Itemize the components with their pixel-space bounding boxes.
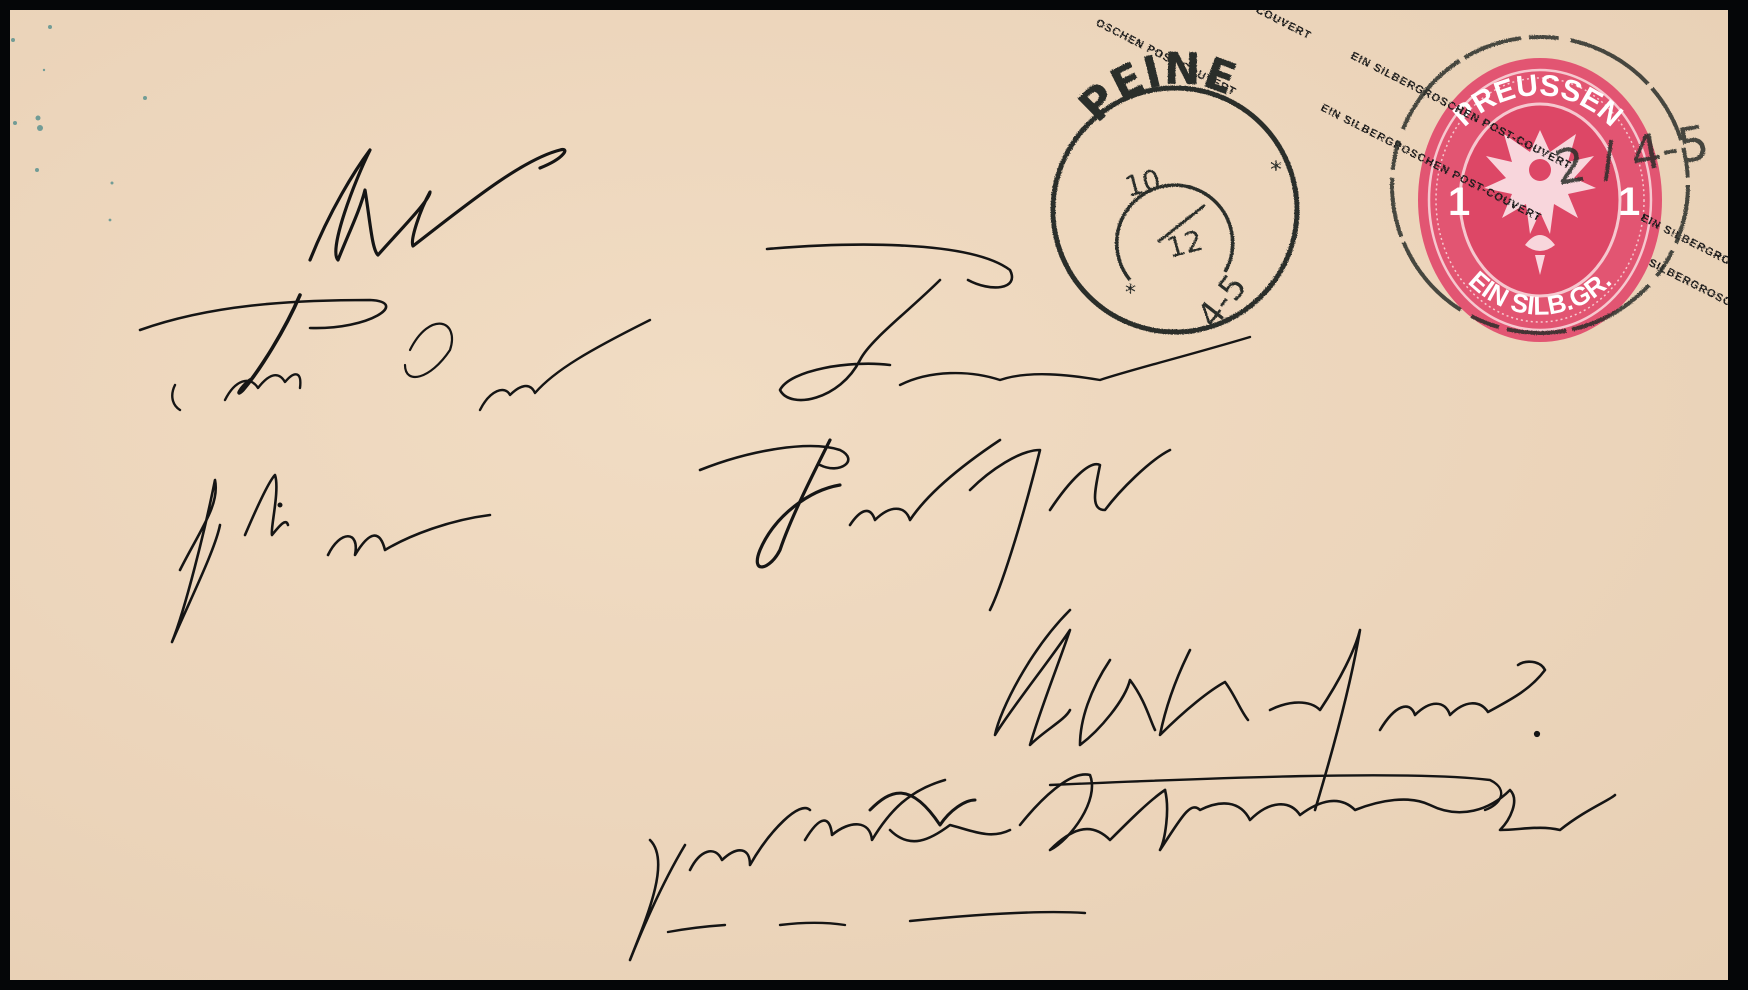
svg-text:1: 1 [1618, 180, 1640, 224]
svg-text:4-5: 4-5 [1190, 267, 1256, 335]
svg-text:SILBERGROSCH: SILBERGROSCH [1647, 257, 1728, 313]
paper-speckles [11, 25, 147, 221]
svg-text:PEINE: PEINE [1069, 44, 1242, 133]
envelope: PREUSSEN EIN SILB.GR. 1 1 OSCHEN POST-CO… [10, 10, 1728, 980]
svg-text:*: * [1125, 281, 1136, 306]
handwritten-address [140, 149, 1615, 960]
envelope-artwork: PREUSSEN EIN SILB.GR. 1 1 OSCHEN POST-CO… [10, 10, 1728, 980]
svg-text:*: * [1270, 156, 1282, 184]
svg-text:10: 10 [1121, 163, 1164, 204]
svg-text:12: 12 [1163, 224, 1206, 265]
postmark-peine: PEINE 10 12 4-5 * * [1053, 44, 1297, 336]
svg-text:COUVERT: COUVERT [1254, 10, 1314, 42]
